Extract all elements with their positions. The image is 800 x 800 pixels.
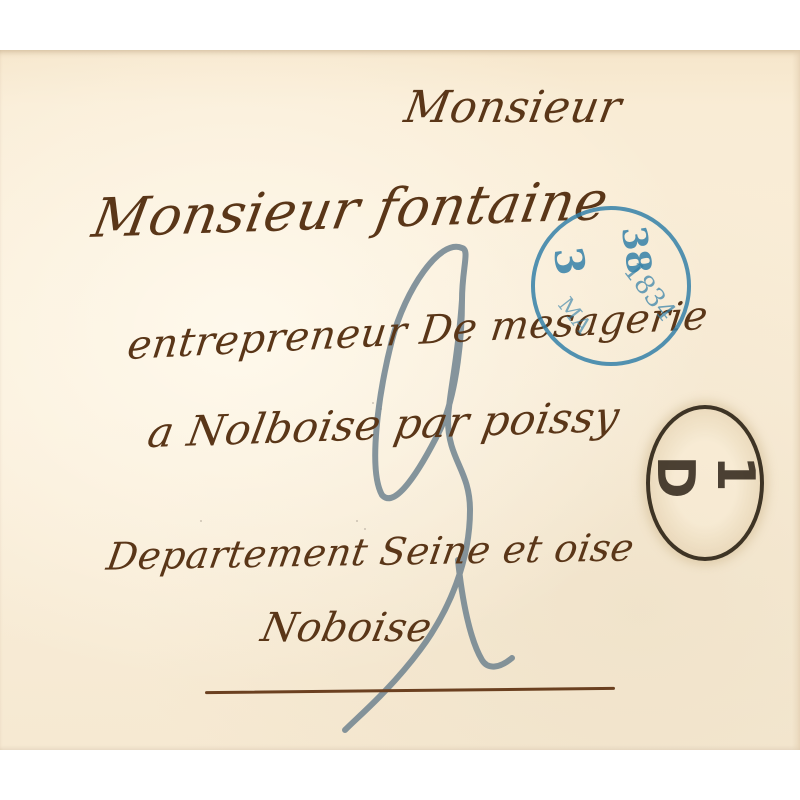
paper-speckle <box>200 520 202 522</box>
datestamp-year: 1834 <box>617 256 681 327</box>
datestamp-number: 3 <box>544 244 594 278</box>
address-line-destination: Noboise <box>257 605 436 651</box>
tax-mark-value: 8 <box>0 0 1 1</box>
paper-speckle <box>356 520 358 522</box>
address-line-salutation: Monsieur <box>401 82 626 133</box>
paper-fold-edge <box>792 50 800 750</box>
datestamp-month: MA <box>552 293 595 339</box>
oval-postal-mark: 1 D <box>646 405 764 561</box>
oval-mark-text: 1 D <box>645 456 765 511</box>
address-line-department: Departement Seine et oise <box>104 525 638 578</box>
scan-page: 8 Monsieur Monsieur fontaine entrepreneu… <box>0 0 800 800</box>
